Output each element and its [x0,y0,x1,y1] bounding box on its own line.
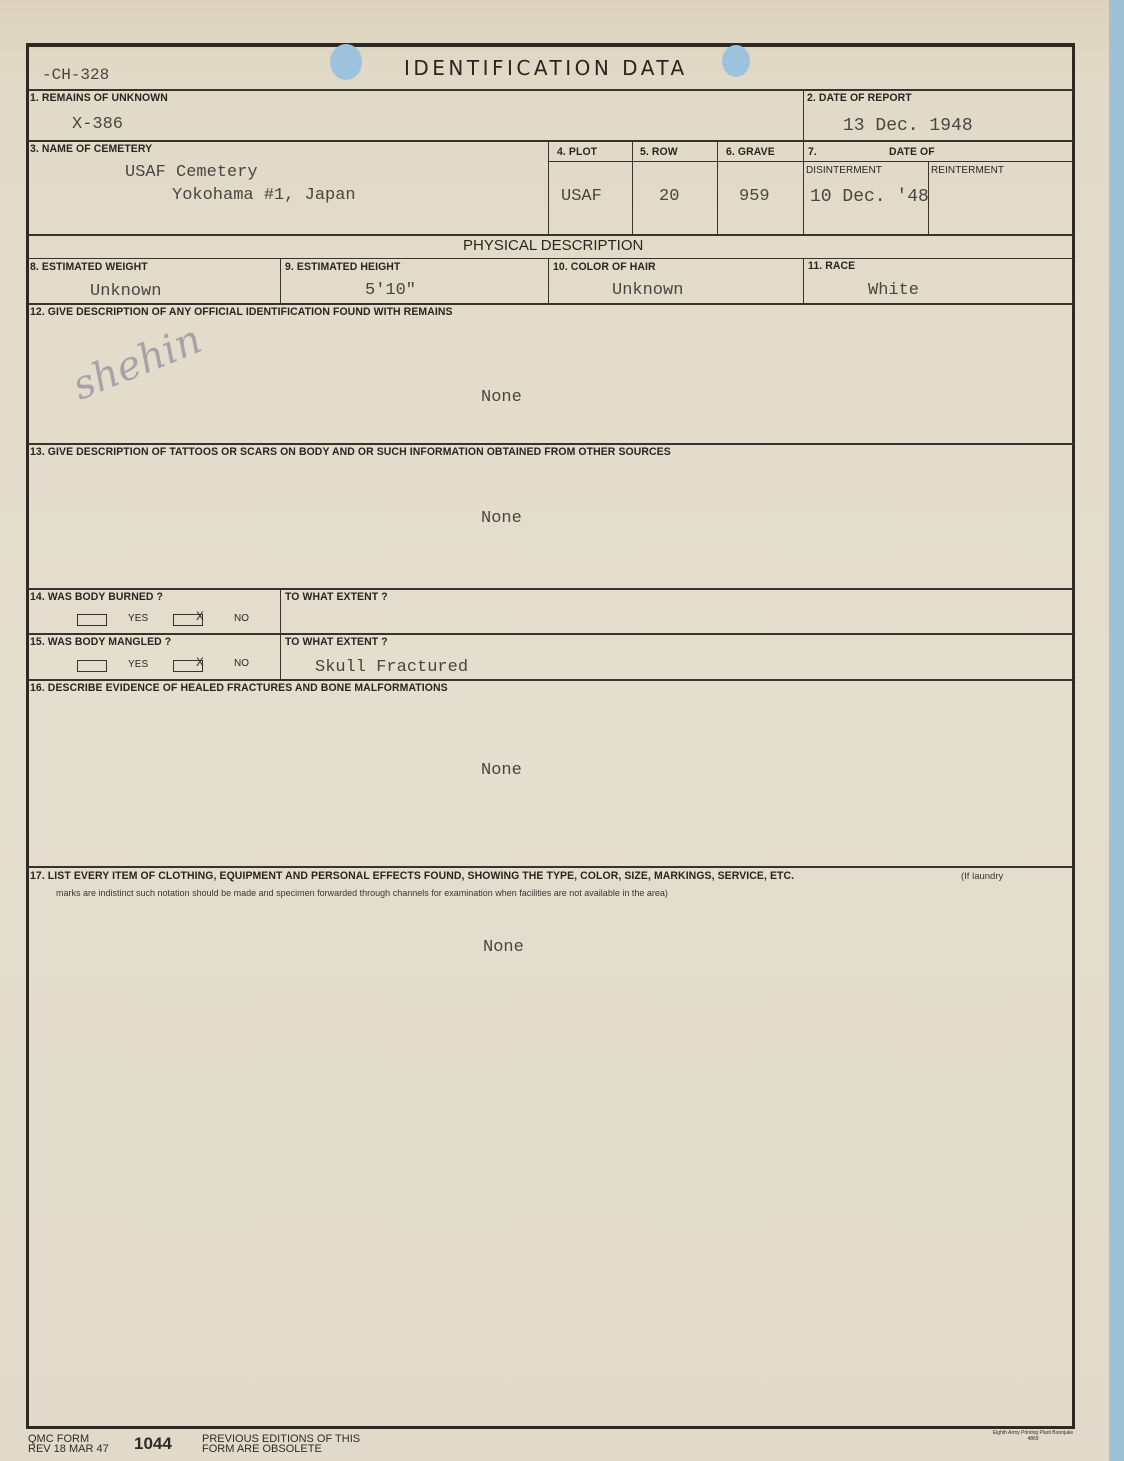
divider [548,258,549,303]
clothing-label: 17. LIST EVERY ITEM OF CLOTHING, EQUIPME… [30,870,794,882]
plot-value: USAF [561,187,602,206]
divider [28,588,1074,590]
divider [28,258,1074,259]
height-label: 9. ESTIMATED HEIGHT [285,261,400,273]
footer-form-id: QMC FORM REV 18 MAR 47 [28,1434,109,1454]
official-id-value: None [481,388,522,407]
page-title: IDENTIFICATION DATA [404,56,688,80]
divider [717,140,718,234]
divider [280,258,281,303]
clothing-value: None [483,938,524,957]
grave-label: 6. GRAVE [726,146,775,158]
mangled-label: 15. WAS BODY MANGLED ? [30,636,171,648]
disinterment-value: 10 Dec. '48 [810,187,929,207]
burned-yes-checkbox[interactable] [77,614,107,626]
divider [28,866,1074,868]
row-label: 5. ROW [640,146,678,158]
hair-value: Unknown [612,281,683,300]
remains-value: X-386 [72,115,123,134]
punch-hole-right [722,45,750,77]
date-of-report-label: 2. DATE OF REPORT [807,92,912,104]
mangled-no-label: NO [234,657,249,669]
weight-value: Unknown [90,282,161,301]
scan-edge [1109,0,1124,1461]
date-of-report-value: 13 Dec. 1948 [843,116,973,136]
form-code: -CH-328 [42,66,109,84]
divider [28,443,1074,445]
divider [28,140,1074,142]
weight-label: 8. ESTIMATED WEIGHT [30,261,148,273]
divider [632,140,633,234]
footer-obsolete-note: PREVIOUS EDITIONS OF THIS FORM ARE OBSOL… [202,1434,360,1454]
mangled-extent-value: Skull Fractured [315,658,468,677]
mangled-no-check-mark: X [196,655,204,670]
mangled-yes-label: YES [128,658,148,670]
race-value: White [868,281,919,300]
divider [548,140,549,234]
race-label: 11. RACE [808,260,855,272]
hair-label: 10. COLOR OF HAIR [553,261,656,273]
divider [28,234,1074,236]
cemetery-label: 3. NAME OF CEMETERY [30,143,152,155]
footer-obsolete-line2: FORM ARE OBSOLETE [202,1444,360,1454]
fractures-label: 16. DESCRIBE EVIDENCE OF HEALED FRACTURE… [30,682,448,694]
reinterment-label: REINTERMENT [931,164,1004,176]
divider [280,588,281,679]
tattoos-value: None [481,509,522,528]
footer-printer-line2: 4869 [978,1436,1088,1442]
divider [28,633,1074,635]
grave-value: 959 [739,187,770,206]
burned-extent-label: TO WHAT EXTENT ? [285,591,388,603]
date-of-number: 7. [808,146,817,158]
mangled-extent-label: TO WHAT EXTENT ? [285,636,388,648]
disinterment-label: DISINTERMENT [806,164,882,176]
tattoos-label: 13. GIVE DESCRIPTION OF TATTOOS OR SCARS… [30,446,671,458]
date-of-label: DATE OF [889,146,935,158]
burned-no-label: NO [234,612,249,624]
clothing-note: marks are indistinct such notation shoul… [56,888,668,898]
burned-yes-label: YES [128,612,148,624]
footer-form-line2: REV 18 MAR 47 [28,1444,109,1454]
divider [548,161,1074,162]
burned-label: 14. WAS BODY BURNED ? [30,591,163,603]
footer-printer: Eighth Army Printing Plant Boonjuke 4869 [978,1430,1088,1442]
divider [803,258,804,303]
row-value: 20 [659,187,679,206]
divider [28,303,1074,305]
mangled-yes-checkbox[interactable] [77,660,107,672]
divider [28,679,1074,681]
divider [803,89,804,234]
clothing-note-start: (If laundry [961,871,1003,882]
remains-label: 1. REMAINS OF UNKNOWN [30,92,168,104]
section-heading-physical: PHYSICAL DESCRIPTION [463,237,643,254]
cemetery-value-line1: USAF Cemetery [125,163,258,182]
fractures-value: None [481,761,522,780]
punch-hole-left [330,44,362,80]
divider [28,89,1074,91]
footer-form-number: 1044 [134,1434,172,1454]
official-id-label: 12. GIVE DESCRIPTION OF ANY OFFICIAL IDE… [30,306,453,318]
plot-label: 4. PLOT [557,146,597,158]
height-value: 5'10" [365,281,416,300]
burned-no-check-mark: X [196,609,204,624]
cemetery-value-line2: Yokohama #1, Japan [172,186,356,205]
